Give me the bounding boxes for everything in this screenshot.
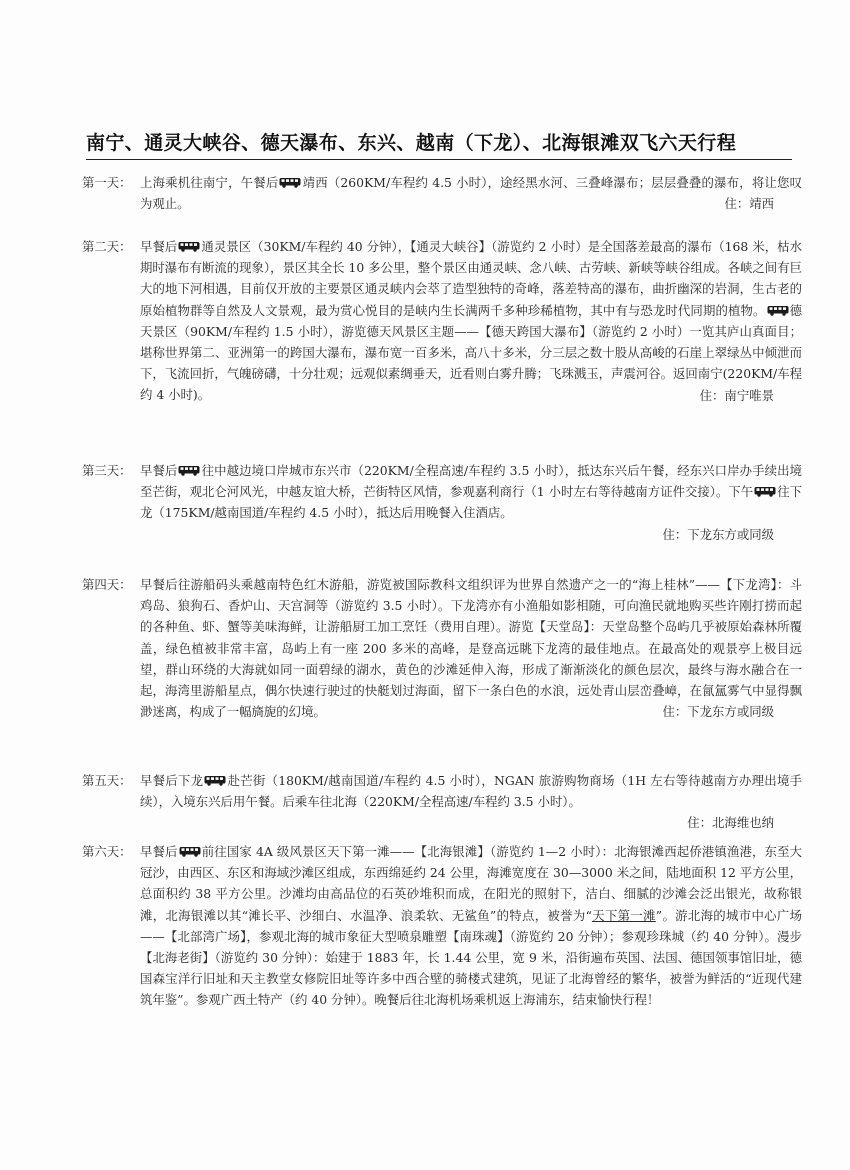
highlighted-phrase: 天下第一滩 [592, 908, 656, 923]
day-3-body: 早餐后往中越边境口岸城市东兴市（220KM/全程高速/车程约 3.5 小时），抵… [140, 460, 802, 545]
day-2-text: 通灵景区（30KM/车程约 40 分钟），【通灵大峡谷】（游览约 2 小时）是全… [140, 239, 802, 318]
day-2-section: 第二天： 早餐后通灵景区（30KM/车程约 40 分钟），【通灵大峡谷】（游览约… [82, 236, 802, 406]
day-1-text: 上海乘机往南宁，午餐后 [140, 175, 278, 190]
itinerary-page: 南宁、通灵大峡谷、德天瀑布、东兴、越南（下龙）、北海银滩双飞六天行程 第一天： … [0, 0, 850, 1170]
bus-icon [767, 305, 789, 316]
day-6-label: 第六天： [82, 841, 140, 862]
day-1-label: 第一天： [82, 172, 140, 193]
day-5-section: 第五天： 早餐后下龙赴芒街（180KM/越南国道/车程约 4.5 小时），NGA… [82, 770, 802, 834]
day-4-label: 第四天： [82, 574, 140, 595]
day-3-text: 往中越边境口岸城市东兴市（220KM/全程高速/车程约 3.5 小时），抵达东兴… [140, 463, 802, 499]
day-2-text: 早餐后 [140, 239, 177, 254]
day-3-accommodation: 住：下龙东方或同级 [140, 524, 802, 545]
day-5-text: 赴芒街（180KM/越南国道/车程约 4.5 小时），NGAN 旅游购物商场（1… [140, 773, 802, 809]
bus-icon [178, 241, 200, 252]
day-4-text: 早餐后往游船码头乘越南特色红木游船，游览被国际教科文组织评为世界自然遗产之一的“… [140, 577, 802, 719]
day-6-section: 第六天： 早餐后前往国家 4A 级风景区天下第一滩——【北海银滩】（游览约 1—… [82, 841, 802, 1011]
bus-icon [754, 486, 776, 497]
day-5-text: 早餐后下龙 [140, 773, 203, 788]
day-4-body: 早餐后往游船码头乘越南特色红木游船，游览被国际教科文组织评为世界自然遗产之一的“… [140, 574, 802, 723]
day-4-section: 第四天： 早餐后往游船码头乘越南特色红木游船，游览被国际教科文组织评为世界自然遗… [82, 574, 802, 723]
bus-icon [178, 465, 200, 476]
day-1-body: 上海乘机往南宁，午餐后靖西（260KM/车程约 4.5 小时），途经黑水河、三叠… [140, 172, 802, 215]
bus-icon [179, 846, 201, 857]
bus-icon [279, 177, 301, 188]
bus-icon [204, 775, 226, 786]
day-5-accommodation: 住：北海维也纳 [140, 812, 802, 833]
day-1-accommodation: 住：靖西 [140, 193, 802, 214]
day-2-label: 第二天： [82, 236, 140, 257]
day-1-section: 第一天： 上海乘机往南宁，午餐后靖西（260KM/车程约 4.5 小时），途经黑… [82, 172, 802, 215]
day-5-body: 早餐后下龙赴芒街（180KM/越南国道/车程约 4.5 小时），NGAN 旅游购… [140, 770, 802, 834]
day-6-body: 早餐后前往国家 4A 级风景区天下第一滩——【北海银滩】（游览约 1—2 小时）… [140, 841, 802, 1011]
document-title: 南宁、通灵大峡谷、德天瀑布、东兴、越南（下龙）、北海银滩双飞六天行程 [86, 130, 792, 160]
day-3-text: 早餐后 [140, 463, 177, 478]
day-5-label: 第五天： [82, 770, 140, 791]
day-2-accommodation: 住：南宁唯景 [140, 385, 802, 406]
day-2-body: 早餐后通灵景区（30KM/车程约 40 分钟），【通灵大峡谷】（游览约 2 小时… [140, 236, 802, 406]
day-3-label: 第三天： [82, 460, 140, 481]
day-3-section: 第三天： 早餐后往中越边境口岸城市东兴市（220KM/全程高速/车程约 3.5 … [82, 460, 802, 545]
day-6-text: 早餐后 [140, 844, 178, 859]
